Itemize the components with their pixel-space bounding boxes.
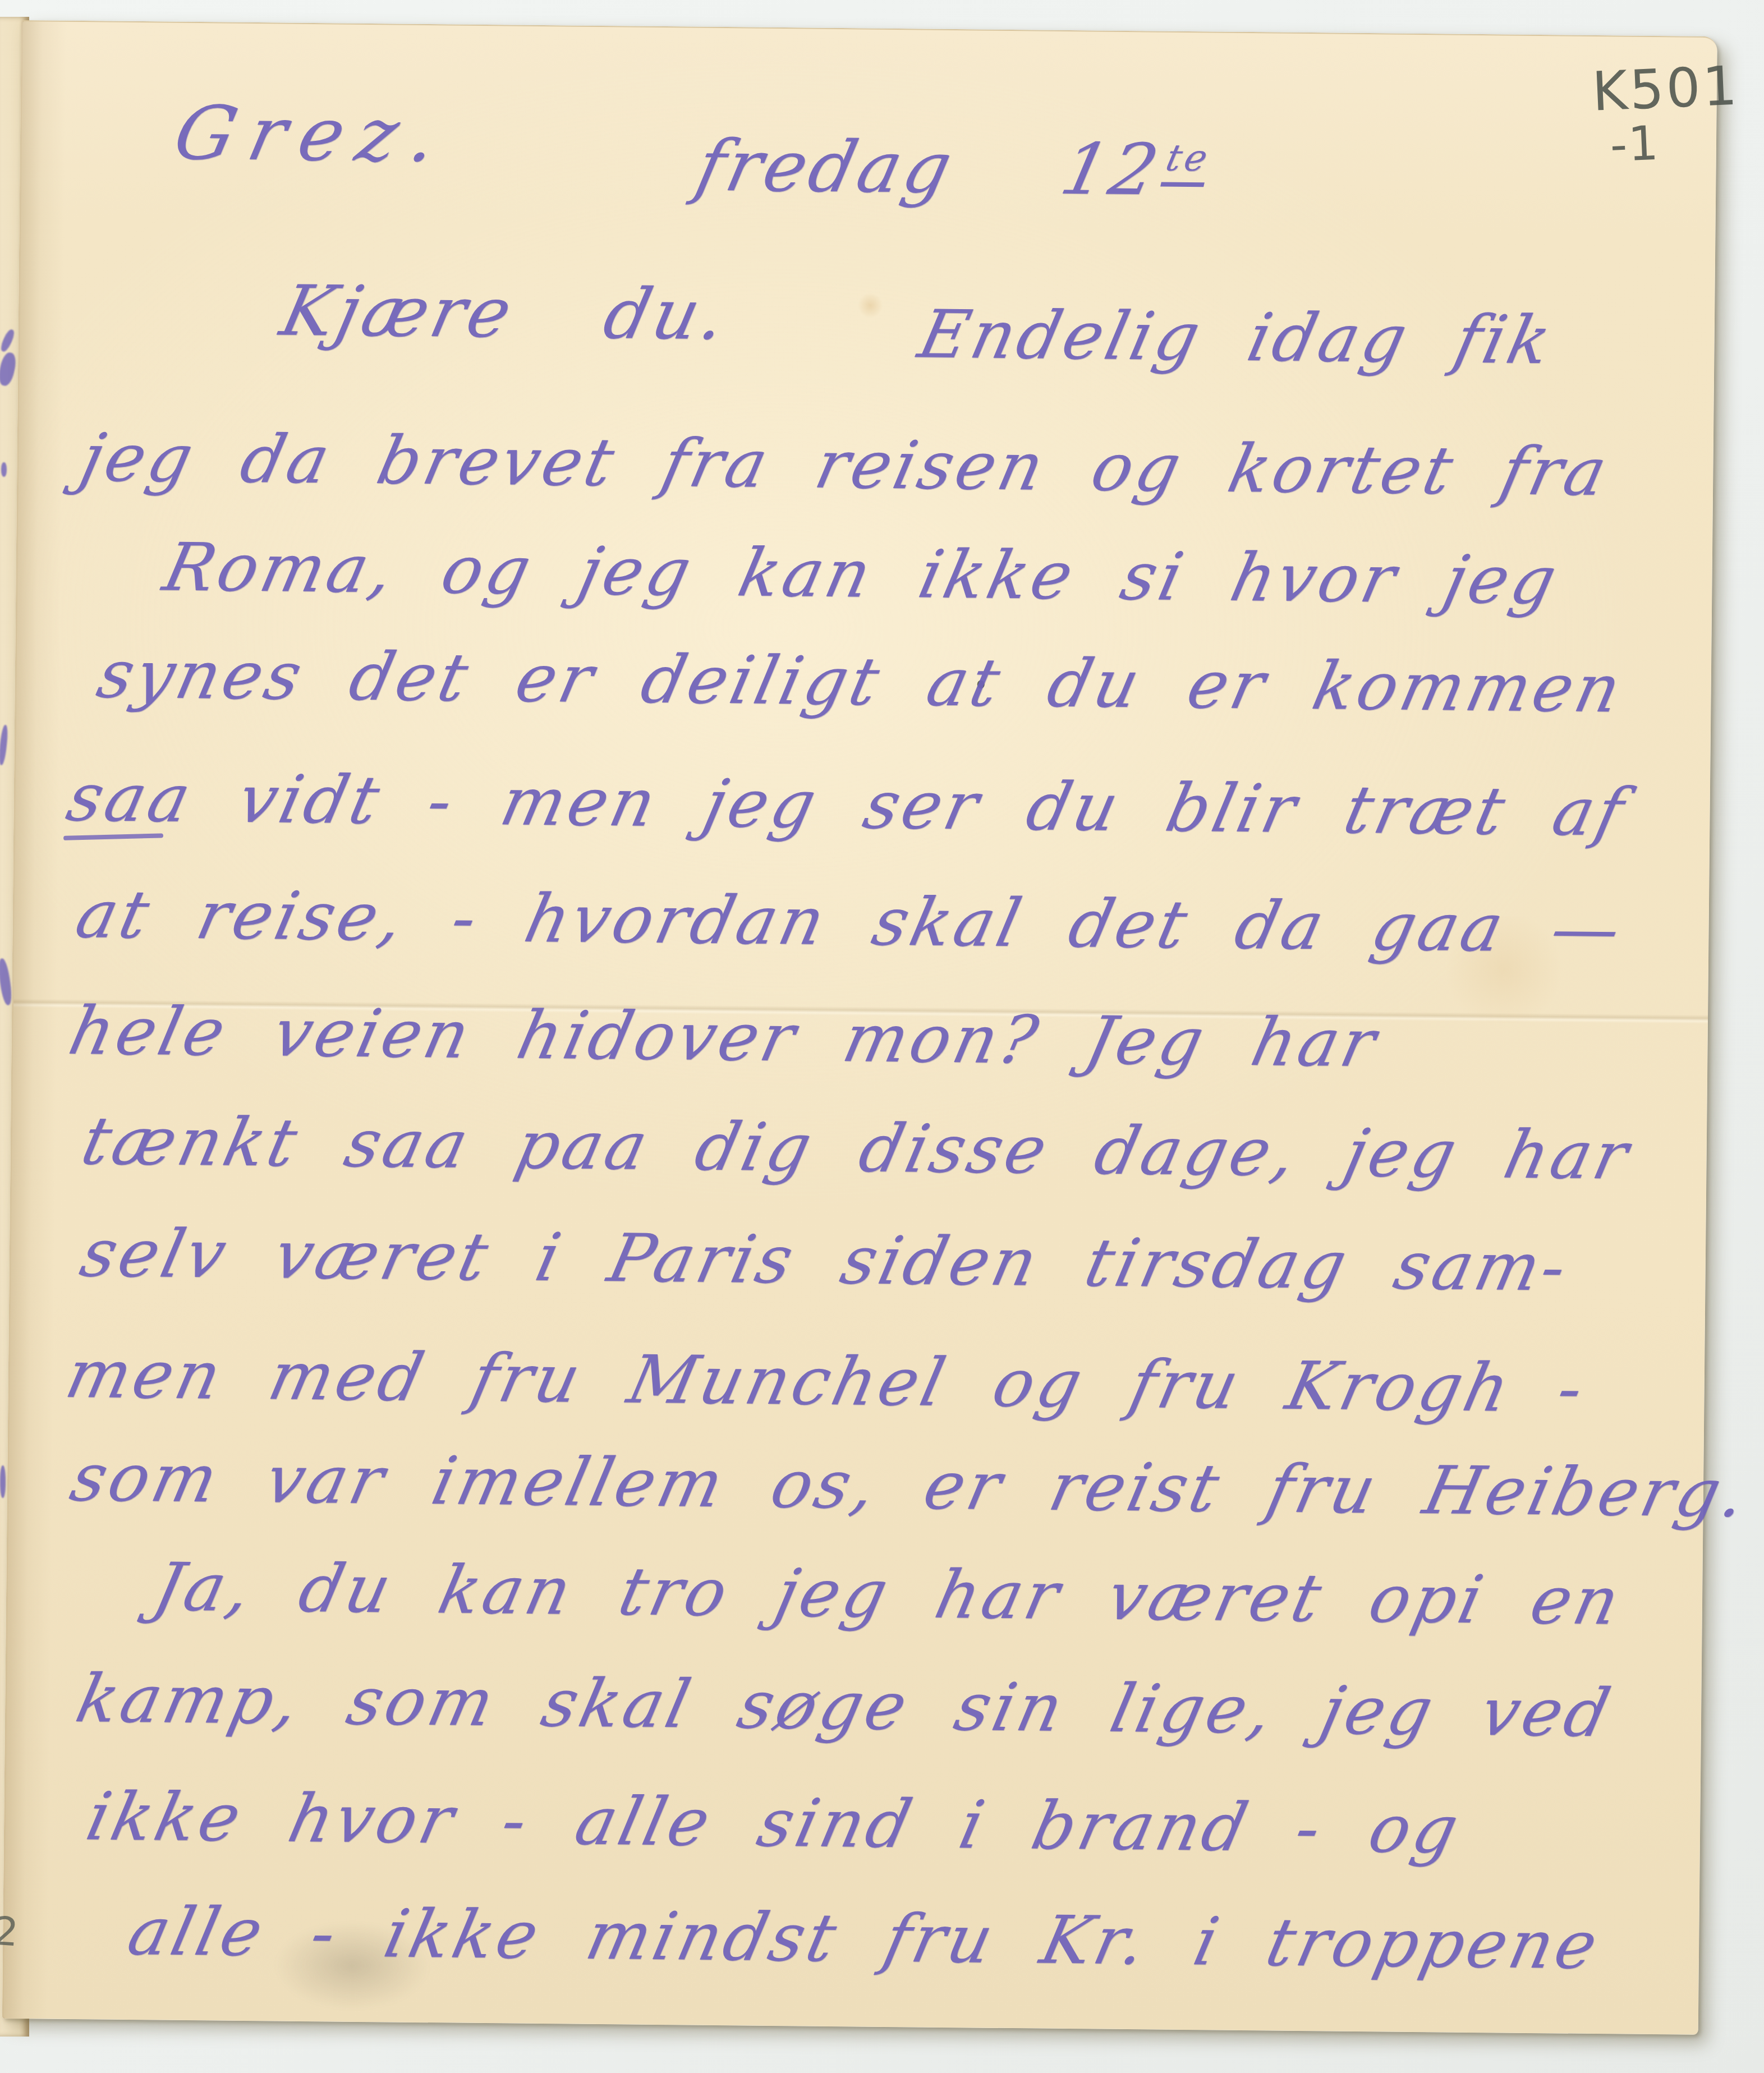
ink-bleed-mark (1, 462, 7, 477)
handwriting-line: Ja, du kan tro jeg har været opi en (147, 1548, 1630, 1641)
handwriting-line: selv været i Paris siden tirsdag sam- (73, 1214, 1577, 1307)
archive-code: K501 -1 (1591, 59, 1743, 169)
handwriting-line: Endelig idag fik (912, 295, 1561, 380)
heading-date-suffix: te (1160, 137, 1215, 187)
handwriting-line: saa vidt - men jeg ser du blir træt af (60, 758, 1634, 852)
letter-page: K501 -1 Grez. fredag 12te Kjære du. Ende… (2, 20, 1717, 2035)
letter-salutation: Kjære du. (273, 270, 736, 357)
ink-bleed-mark (0, 351, 18, 387)
handwriting-line: alle - ikke mindst fru Kr. i troppene (121, 1892, 1608, 1985)
handwriting-line: hele veien hidover mon? Jeg har (62, 991, 1386, 1083)
handwriting-line: Roma, og jeg kan ikke si hvor jeg (157, 528, 1567, 620)
handwriting-line: at reise, - hvordan skal det da gaa — (69, 875, 1631, 969)
handwriting-line: kamp, som skal søge sin lige, jeg ved (70, 1659, 1620, 1753)
handwriting-line: ikke hvor - alle sind i brand - og (80, 1777, 1468, 1869)
handwriting-line: som var imellem os, er reist fru Heiberg… (63, 1438, 1756, 1533)
ink-bleed-mark (0, 1465, 6, 1498)
scan-background: 2 K501 -1 Grez. fredag 12te Kjære du. En… (0, 0, 1764, 2073)
letter-heading-date: fredag 12te (689, 123, 1217, 213)
heading-day: fredag 12 (689, 125, 1169, 212)
handwriting-line: men med fru Munchel og fru Krogh - (59, 1335, 1593, 1428)
letter-heading-place: Grez. (166, 89, 460, 181)
handwriting-line: tænkt saa paa dig disse dage, jeg har (75, 1101, 1638, 1196)
archive-code-suffix: -1 (1609, 116, 1743, 169)
archive-code-main: K501 (1591, 54, 1740, 123)
ink-bleed-mark (0, 958, 13, 1006)
ink-bleed-mark (0, 328, 16, 353)
ink-bleed-mark (0, 725, 9, 766)
foxing-spot (857, 293, 883, 318)
margin-page-number: 2 (0, 1908, 20, 1956)
handwriting-line: synes det er deiligt at du er kommen (90, 635, 1631, 729)
handwriting-line: jeg da brevet fra reisen og kortet fra (73, 418, 1617, 512)
